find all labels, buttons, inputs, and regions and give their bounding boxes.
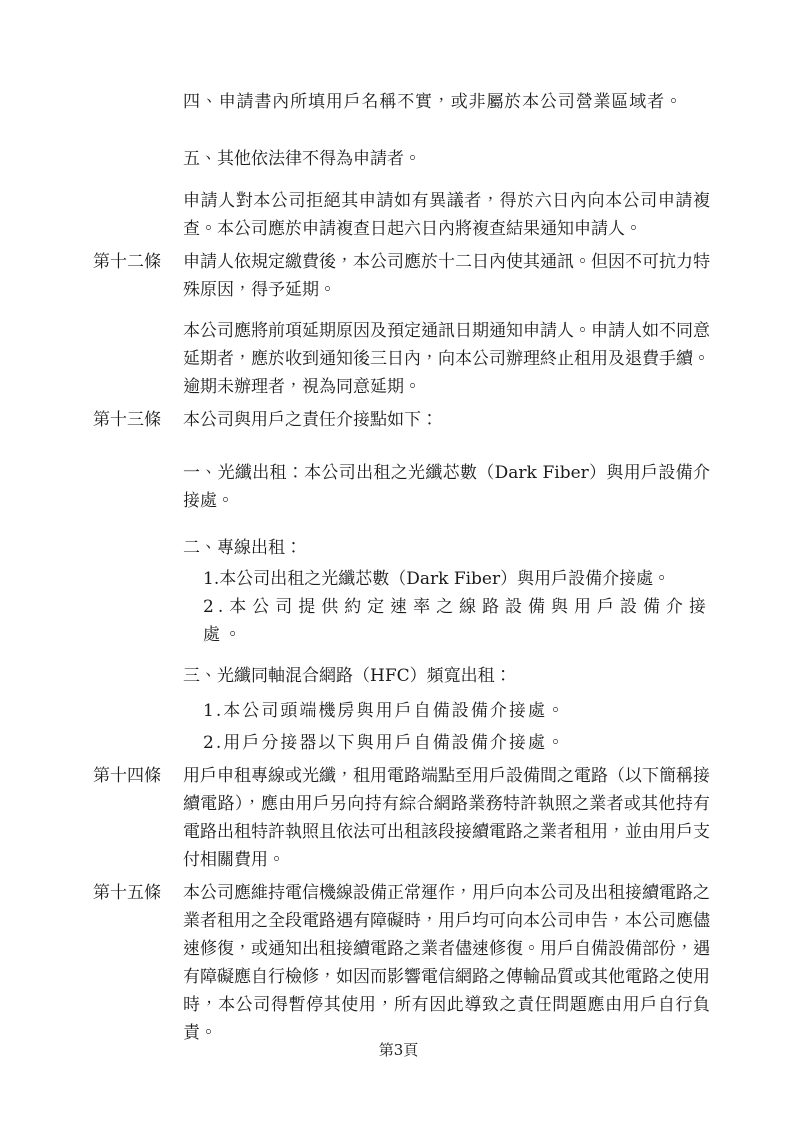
article-body: 四、申請書內所填用戶名稱不實，或非屬於本公司營業區域者。 五、其他依法律不得為申…	[183, 88, 710, 243]
article-section-15: 第十五條 本公司應維持電信機線設備正常運作，用戶向本公司及出租接續電路之業者租用…	[93, 879, 710, 1047]
paragraph: 申請人對本公司拒絕其申請如有異議者，得於六日內向本公司申請複查。本公司應於申請複…	[183, 187, 710, 243]
article-number: 第十二條	[93, 248, 183, 401]
article-section-continuation: 四、申請書內所填用戶名稱不實，或非屬於本公司營業區域者。 五、其他依法律不得為申…	[93, 88, 710, 243]
article-number	[93, 88, 183, 243]
article-section-13: 第十三條 本公司與用戶之責任介接點如下： 一、光纖出租：本公司出租之光纖芯數（D…	[93, 406, 710, 757]
paragraph: 本公司與用戶之責任介接點如下：	[183, 406, 710, 434]
article-number: 第十四條	[93, 762, 183, 874]
sub-clause-item: 1.本公司頭端機房與用戶自備設備介接處。	[183, 697, 710, 725]
document-page: 四、申請書內所填用戶名稱不實，或非屬於本公司營業區域者。 五、其他依法律不得為申…	[0, 0, 797, 1125]
article-number: 第十三條	[93, 406, 183, 757]
clause-item: 一、光纖出租：本公司出租之光纖芯數（Dark Fiber）與用戶設備介接處。	[183, 459, 710, 515]
clause-item: 三、光纖同軸混合網路（HFC）頻寬出租：	[183, 662, 710, 690]
document-body: 四、申請書內所填用戶名稱不實，或非屬於本公司營業區域者。 五、其他依法律不得為申…	[93, 88, 710, 1047]
article-section-12: 第十二條 申請人依規定繳費後，本公司應於十二日內使其通訊。但因不可抗力特殊原因，…	[93, 248, 710, 401]
sub-clause-item: 2.用戶分接器以下與用戶自備設備介接處。	[183, 729, 710, 757]
sub-clause-item: 1.本公司出租之光纖芯數（Dark Fiber）與用戶設備介接處。	[183, 565, 710, 593]
paragraph: 本公司應維持電信機線設備正常運作，用戶向本公司及出租接續電路之業者租用之全段電路…	[183, 879, 710, 1047]
clause-item: 五、其他依法律不得為申請者。	[183, 145, 710, 173]
paragraph: 用戶申租專線或光纖，租用電路端點至用戶設備間之電路（以下簡稱接續電路），應由用戶…	[183, 762, 710, 874]
article-section-14: 第十四條 用戶申租專線或光纖，租用電路端點至用戶設備間之電路（以下簡稱接續電路）…	[93, 762, 710, 874]
article-number: 第十五條	[93, 879, 183, 1047]
clause-item: 四、申請書內所填用戶名稱不實，或非屬於本公司營業區域者。	[183, 88, 710, 116]
article-body: 本公司應維持電信機線設備正常運作，用戶向本公司及出租接續電路之業者租用之全段電路…	[183, 879, 710, 1047]
page-number: 第3頁	[0, 1038, 797, 1062]
clause-item: 二、專線出租：	[183, 534, 710, 562]
sub-clause-item: 2.本公司提供約定速率之線路設備與用戶設備介接處。	[183, 593, 710, 649]
article-body: 用戶申租專線或光纖，租用電路端點至用戶設備間之電路（以下簡稱接續電路），應由用戶…	[183, 762, 710, 874]
article-body: 本公司與用戶之責任介接點如下： 一、光纖出租：本公司出租之光纖芯數（Dark F…	[183, 406, 710, 757]
paragraph: 申請人依規定繳費後，本公司應於十二日內使其通訊。但因不可抗力特殊原因，得予延期。	[183, 248, 710, 304]
article-body: 申請人依規定繳費後，本公司應於十二日內使其通訊。但因不可抗力特殊原因，得予延期。…	[183, 248, 710, 401]
paragraph: 本公司應將前項延期原因及預定通訊日期通知申請人。申請人如不同意延期者，應於收到通…	[183, 317, 710, 401]
